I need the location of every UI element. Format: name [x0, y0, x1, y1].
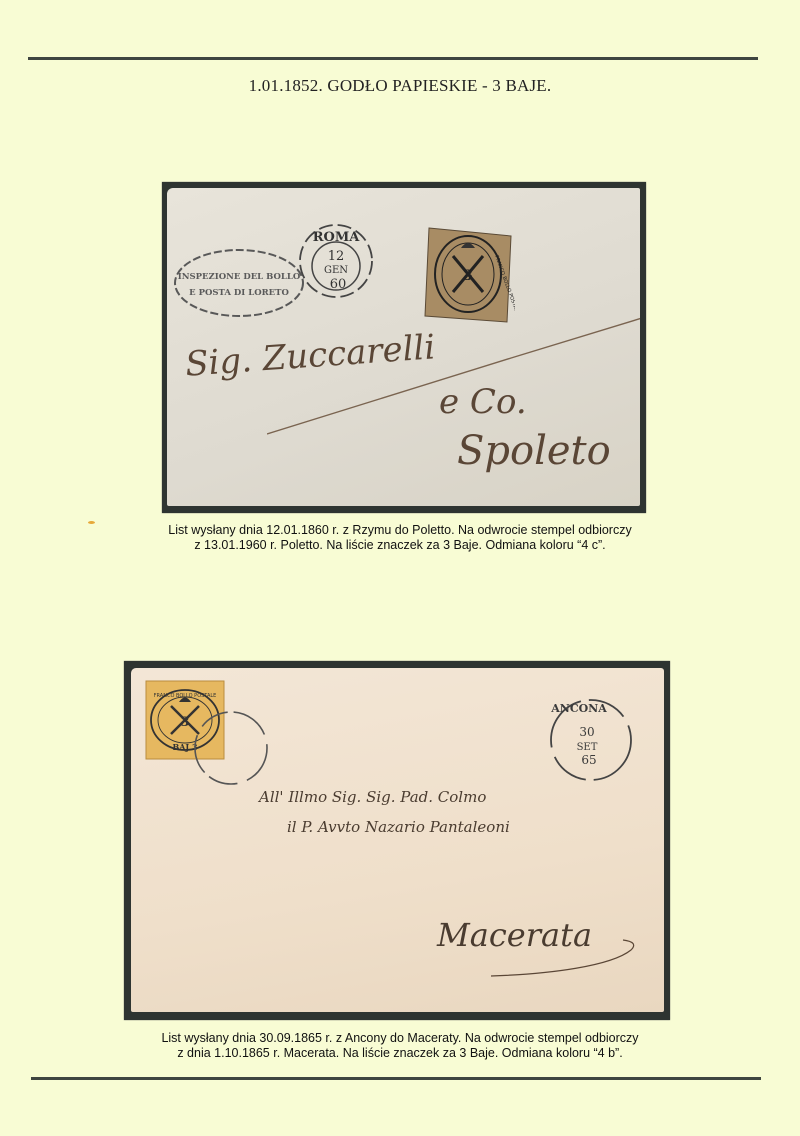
stamp-3-baj-brown: 3 FRANCO BOLLO POSTALE: [423, 226, 515, 326]
stamp-cancel-postmark: [189, 706, 273, 790]
svg-text:GEN: GEN: [324, 265, 348, 276]
cover-2-envelope: 3 FRANCO BOLLO POSTALE BAJ 3 ANCONA 30 S…: [131, 668, 664, 1012]
svg-text:ROMA: ROMA: [313, 230, 361, 245]
ancona-postmark: ANCONA 30 SET 65: [531, 690, 641, 790]
cover-1-caption: List wysłany dnia 12.01.1860 r. z Rzymu …: [0, 523, 800, 553]
svg-text:60: 60: [330, 277, 347, 292]
roma-postmark: ROMA 12 GEN 60: [291, 216, 381, 306]
cover-1-caption-line2: z 13.01.1960 r. Poletto. Na liście znacz…: [0, 538, 800, 553]
cover-1-caption-line1: List wysłany dnia 12.01.1860 r. z Rzymu …: [0, 523, 800, 538]
svg-text:30: 30: [579, 725, 594, 739]
cover-2-address-line2: il P. Avvto Nazario Pantaleoni: [287, 818, 510, 836]
underline-stroke: [267, 316, 640, 436]
cover-2-address-line1: All' Illmo Sig. Sig. Pad. Colmo: [259, 788, 486, 806]
svg-text:E POSTA DI LORETO: E POSTA DI LORETO: [189, 288, 289, 298]
underline-flourish: [491, 936, 641, 980]
svg-text:SET: SET: [577, 742, 598, 753]
oval-cachet: INSPEZIONE DEL BOLLO E POSTA DI LORETO: [171, 243, 311, 323]
cover-2-caption-line2: z dnia 1.10.1865 r. Macerata. Na liście …: [0, 1046, 800, 1061]
top-rule: [28, 57, 758, 60]
cover-1-envelope: INSPEZIONE DEL BOLLO E POSTA DI LORETO R…: [167, 188, 640, 506]
svg-text:3: 3: [463, 268, 473, 284]
svg-text:INSPEZIONE DEL BOLLO: INSPEZIONE DEL BOLLO: [178, 272, 301, 282]
bottom-rule: [31, 1077, 761, 1080]
page-title: 1.01.1852. GODŁO PAPIESKIE - 3 BAJE.: [0, 76, 800, 96]
svg-text:ANCONA: ANCONA: [550, 702, 607, 715]
cover-2-caption: List wysłany dnia 30.09.1865 r. z Ancony…: [0, 1031, 800, 1061]
svg-text:65: 65: [581, 753, 596, 767]
svg-text:FRANCO BOLLO POSTALE: FRANCO BOLLO POSTALE: [154, 693, 217, 699]
paper-speck: [88, 521, 95, 524]
svg-text:12: 12: [328, 249, 345, 264]
cover-2-caption-line1: List wysłany dnia 30.09.1865 r. z Ancony…: [0, 1031, 800, 1046]
